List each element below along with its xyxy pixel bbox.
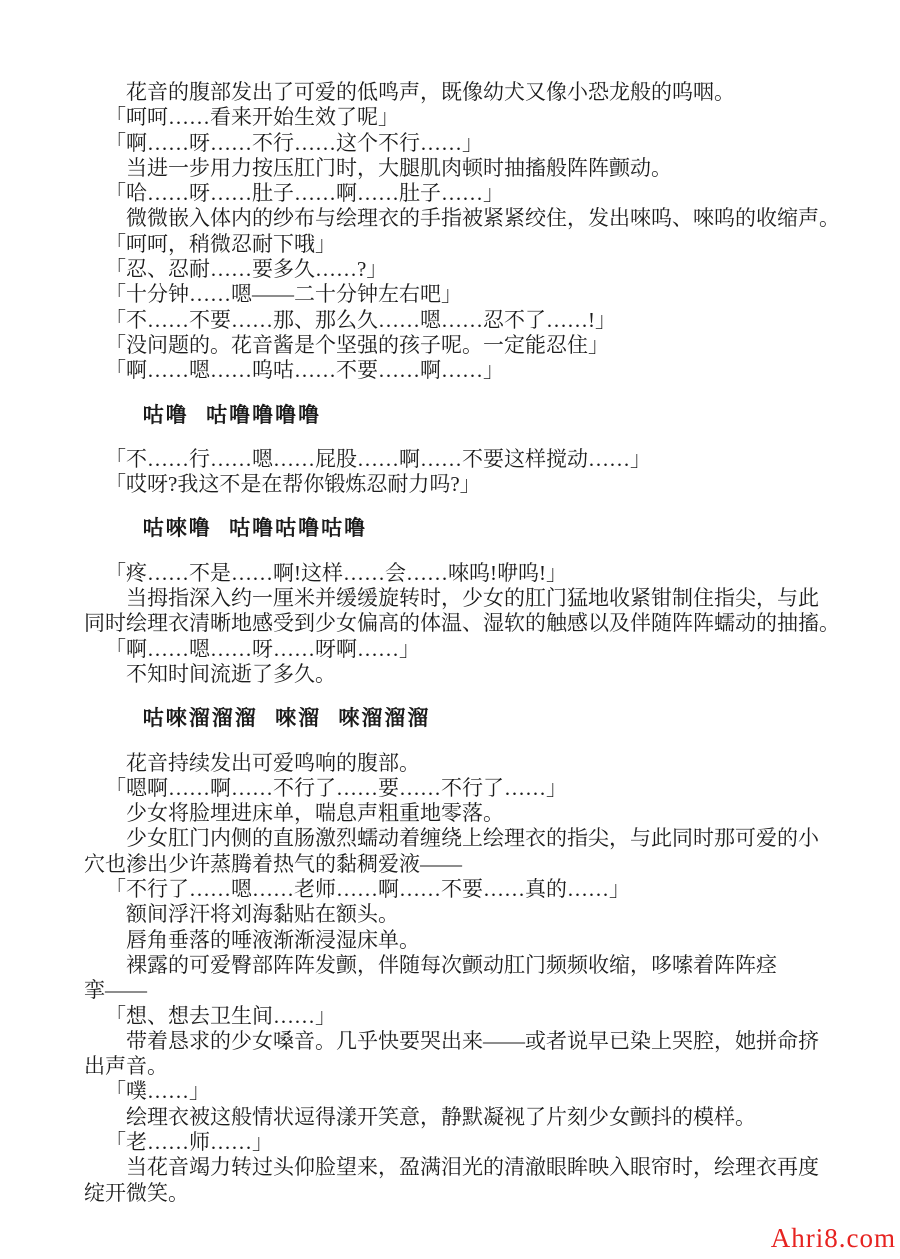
narration-paragraph: 微微嵌入体内的纱布与绘理衣的手指被紧紧绞住，发出唻呜、唻呜的收缩声。 — [84, 206, 864, 231]
novel-text: 花音的腹部发出了可爱的低鸣声，既像幼犬又像小恐龙般的呜咽。「呵呵……看来开始生效… — [84, 80, 864, 1206]
narration-paragraph: 绘理衣被这般情状逗得漾开笑意，静默凝视了片刻少女颤抖的模样。 — [84, 1105, 864, 1130]
dialogue-line: 「啊……嗯……呜咕……不要……啊……」 — [84, 358, 864, 383]
sfx-line: 咕噜 咕噜噜噜噜 — [84, 403, 864, 428]
dialogue-line: 「哈……呀……肚子……啊……肚子……」 — [84, 181, 864, 206]
dialogue-line: 「十分钟……嗯——二十分钟左右吧」 — [84, 282, 864, 307]
narration-paragraph: 裸露的可爱臀部阵阵发颤，伴随每次颤动肛门频频收缩，哆嗦着阵阵痉 挛—— — [84, 953, 864, 1004]
dialogue-line: 「疼……不是……啊!这样……会……唻呜!咿呜!」 — [84, 561, 864, 586]
narration-paragraph: 当拇指深入约一厘米并缓缓旋转时，少女的肛门猛地收紧钳制住指尖，与此 同时绘理衣清… — [84, 586, 864, 637]
dialogue-line: 「不……行……嗯……屁股……啊……不要这样搅动……」 — [84, 447, 864, 472]
dialogue-line: 「啊……呀……不行……这个不行……」 — [84, 131, 864, 156]
dialogue-line: 「不行了……嗯……老师……啊……不要……真的……」 — [84, 877, 864, 902]
narration-paragraph: 花音的腹部发出了可爱的低鸣声，既像幼犬又像小恐龙般的呜咽。 — [84, 80, 864, 105]
dialogue-line: 「不……不要……那、那么久……嗯……忍不了……!」 — [84, 308, 864, 333]
dialogue-line: 「想、想去卫生间……」 — [84, 1004, 864, 1029]
sfx-line: 咕唻噜 咕噜咕噜咕噜 — [84, 516, 864, 541]
narration-paragraph: 少女将脸埋进床单，喘息声粗重地零落。 — [84, 801, 864, 826]
dialogue-line: 「呵呵，稍微忍耐下哦」 — [84, 232, 864, 257]
dialogue-line: 「嗯啊……啊……不行了……要……不行了……」 — [84, 776, 864, 801]
narration-paragraph: 不知时间流逝了多久。 — [84, 662, 864, 687]
narration-paragraph: 额间浮汗将刘海黏贴在额头。 — [84, 902, 864, 927]
dialogue-line: 「老……师……」 — [84, 1130, 864, 1155]
watermark: Ahri8.com — [771, 1223, 896, 1254]
dialogue-line: 「忍、忍耐……要多久……?」 — [84, 257, 864, 282]
dialogue-line: 「噗……」 — [84, 1079, 864, 1104]
dialogue-line: 「哎呀?我这不是在帮你锻炼忍耐力吗?」 — [84, 472, 864, 497]
page: { "page": { "background": "#ffffff", "te… — [0, 0, 900, 1259]
narration-paragraph: 少女肛门内侧的直肠激烈蠕动着缠绕上绘理衣的指尖，与此同时那可爱的小 穴也渗出少许… — [84, 826, 864, 877]
dialogue-line: 「没问题的。花音酱是个坚强的孩子呢。一定能忍住」 — [84, 333, 864, 358]
sfx-line: 咕唻溜溜溜 唻溜 唻溜溜溜 — [84, 706, 864, 731]
narration-paragraph: 带着恳求的少女嗓音。几乎快要哭出来——或者说早已染上哭腔，她拼命挤 出声音。 — [84, 1029, 864, 1080]
dialogue-line: 「呵呵……看来开始生效了呢」 — [84, 105, 864, 130]
narration-paragraph: 唇角垂落的唾液渐渐浸湿床单。 — [84, 928, 864, 953]
narration-paragraph: 花音持续发出可爱鸣响的腹部。 — [84, 751, 864, 776]
dialogue-line: 「啊……嗯……呀……呀啊……」 — [84, 637, 864, 662]
narration-paragraph: 当花音竭力转过头仰脸望来，盈满泪光的清澈眼眸映入眼帘时，绘理衣再度 绽开微笑。 — [84, 1155, 864, 1206]
narration-paragraph: 当进一步用力按压肛门时，大腿肌肉顿时抽搐般阵阵颤动。 — [84, 156, 864, 181]
